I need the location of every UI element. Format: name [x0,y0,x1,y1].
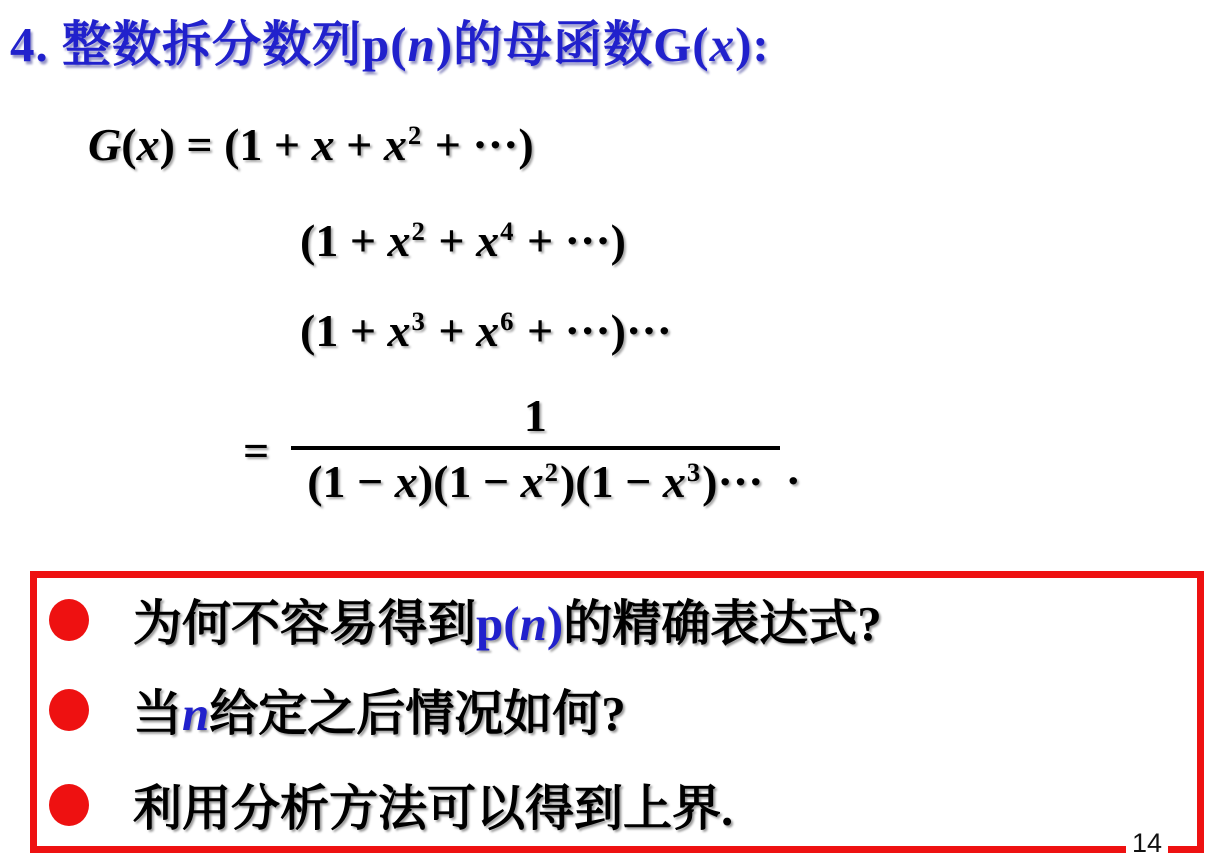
bullet-text: 当n给定之后情况如何? [133,675,626,745]
bullet-icon [49,689,89,731]
formula-fraction-line: = 1 (1 − x)(1 − x2)(1 − x3)··· . [243,390,799,510]
bullet-icon [49,784,89,826]
slide: 4. 整数拆分数列p(n)的母函数G(x): G(x) = (1 + x + x… [0,0,1214,868]
fraction: 1 (1 − x)(1 − x2)(1 − x3)··· [291,390,779,510]
formula-period: . [788,442,800,495]
formula-line-2: (1 + x2 + x4 + ···) [300,214,626,267]
fraction-denominator: (1 − x)(1 − x2)(1 − x3)··· [291,446,779,511]
bullet-item: 当n给定之后情况如何? [49,678,626,742]
bullet-text: 为何不容易得到p(n)的精确表达式? [133,585,882,655]
bullet-item: 利用分析方法可以得到上界. [49,773,733,837]
formula-line-1: G(x) = (1 + x + x2 + ···) [88,118,534,171]
equals-sign: = [243,424,269,477]
page-number: 14 [1126,828,1168,859]
slide-title: 4. 整数拆分数列p(n)的母函数G(x): [10,6,770,76]
fraction-numerator: 1 [524,390,547,443]
formula-line-3: (1 + x3 + x6 + ···)··· [300,304,672,357]
questions-box: 为何不容易得到p(n)的精确表达式? 当n给定之后情况如何? 利用分析方法可以得… [30,571,1204,853]
bullet-text: 利用分析方法可以得到上界. [133,770,733,840]
bullet-item: 为何不容易得到p(n)的精确表达式? [49,588,882,652]
bullet-icon [49,599,89,641]
